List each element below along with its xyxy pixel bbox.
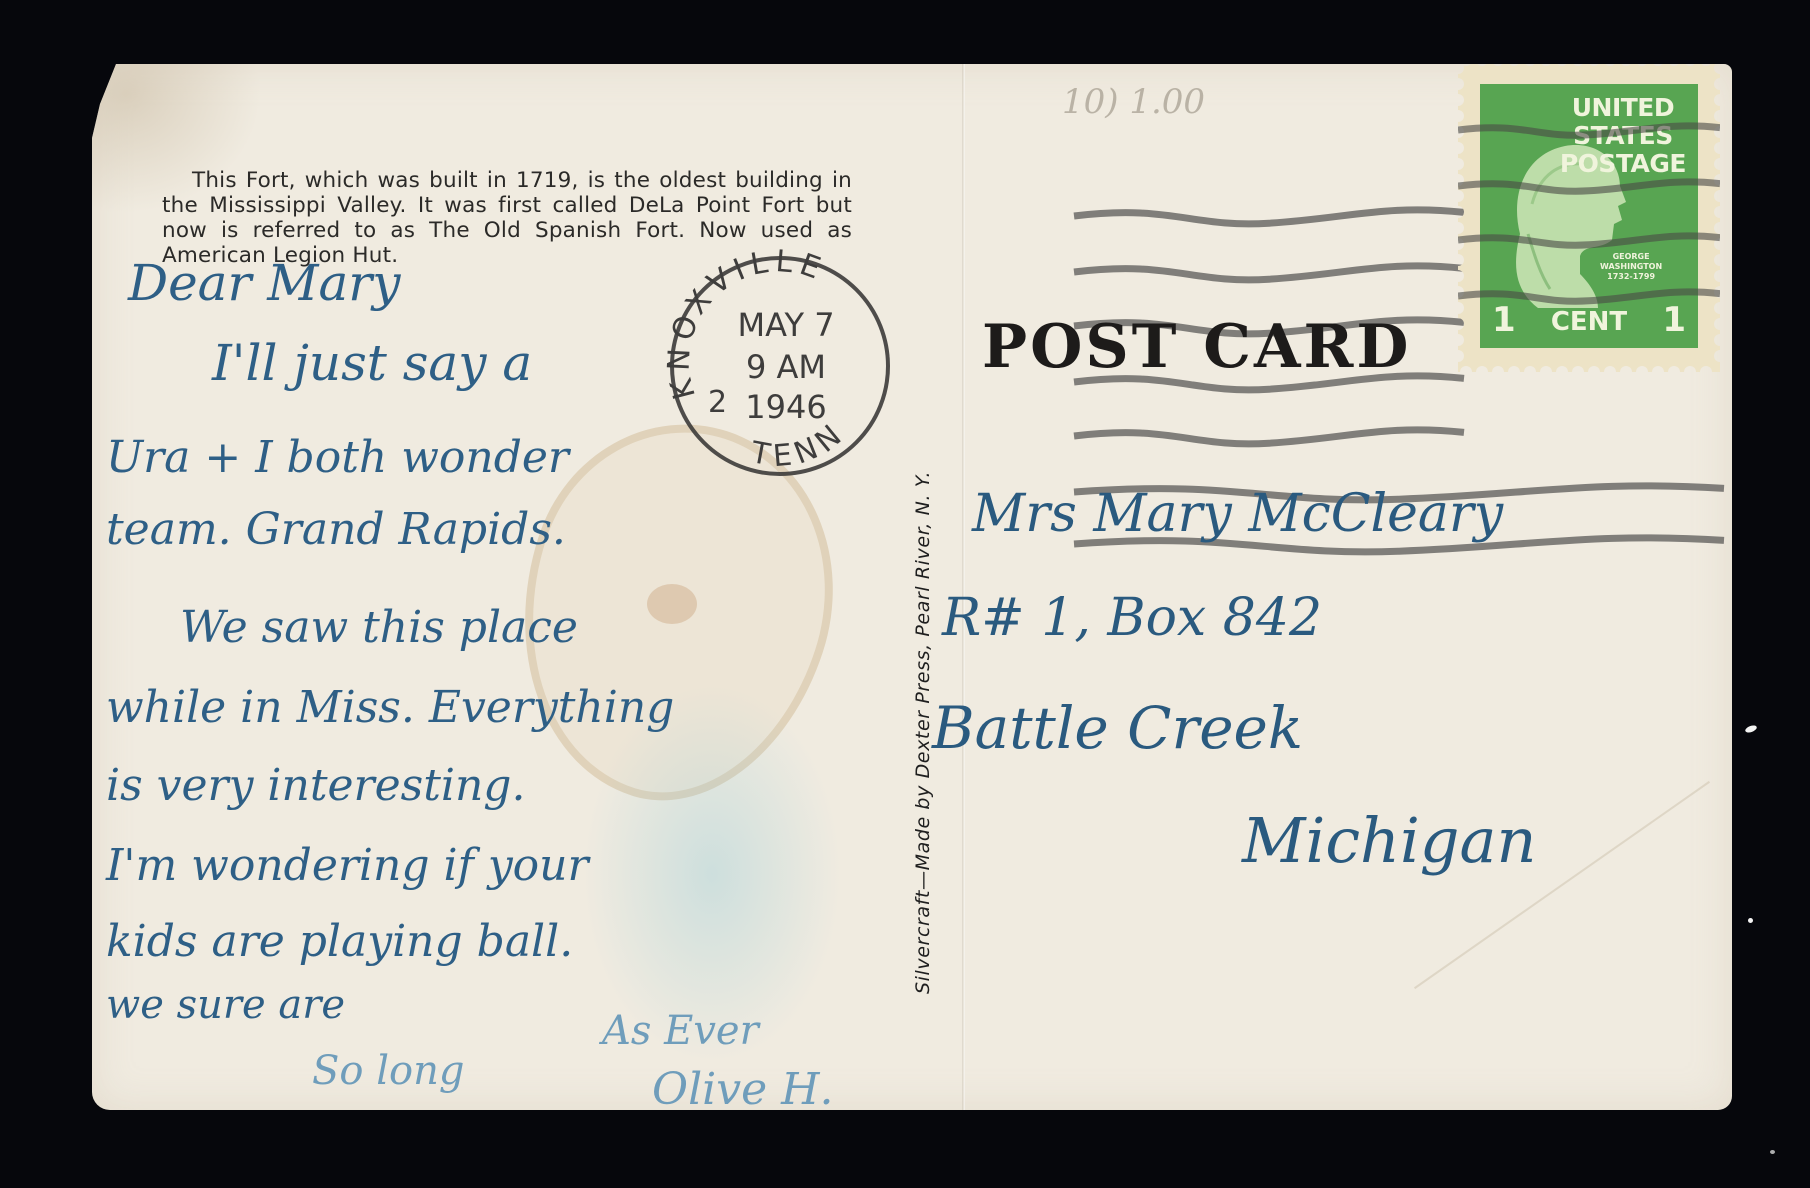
message-closing: So long bbox=[312, 1048, 464, 1094]
postcard: This Fort, which was built in 1719, is t… bbox=[92, 64, 1732, 1110]
message-line: team. Grand Rapids. bbox=[106, 504, 566, 555]
svg-text:MAY 7: MAY 7 bbox=[737, 306, 834, 344]
svg-text:1946: 1946 bbox=[745, 388, 826, 426]
address-state: Michigan bbox=[1242, 804, 1536, 877]
message-line: Dear Mary bbox=[128, 254, 400, 312]
message-line: I'm wondering if your bbox=[106, 840, 589, 891]
message-line: while in Miss. Everything bbox=[106, 682, 674, 733]
address-street: R# 1, Box 842 bbox=[942, 588, 1322, 648]
message-closing-right: As Ever bbox=[602, 1008, 759, 1054]
message-line: kids are playing ball. bbox=[106, 916, 573, 967]
message-line: we sure are bbox=[106, 982, 345, 1028]
printer-imprint: Silvercraft—Made by Dexter Press, Pearl … bbox=[912, 471, 934, 994]
message-line: I'll just say a bbox=[212, 334, 532, 392]
dust-speck bbox=[1748, 918, 1753, 923]
address-name: Mrs Mary McCleary bbox=[972, 484, 1503, 544]
message-line: Ura + I both wonder bbox=[106, 432, 569, 483]
dust-speck bbox=[1744, 724, 1757, 734]
postmark: KNOXVILLE TENN MAY 7 9 AM 1946 2 bbox=[662, 244, 888, 474]
dust-speck bbox=[1770, 1150, 1775, 1154]
svg-text:2: 2 bbox=[708, 385, 727, 420]
message-signature: Olive H. bbox=[652, 1064, 833, 1110]
address-city: Battle Creek bbox=[932, 694, 1303, 762]
svg-text:9 AM: 9 AM bbox=[746, 348, 826, 386]
message-line: is very interesting. bbox=[106, 760, 525, 811]
message-line: We saw this place bbox=[180, 602, 578, 653]
